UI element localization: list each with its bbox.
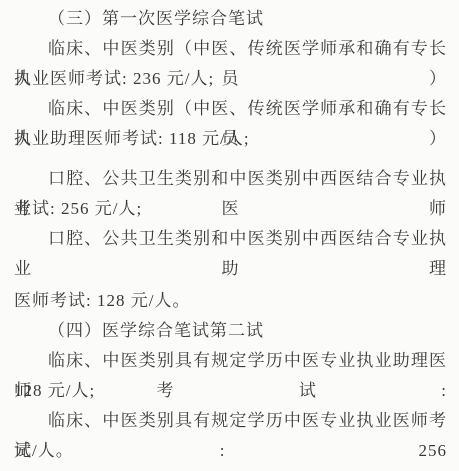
- clinical-tcm-category-line-b: 临床、中医类别（中医、传统医学师承和确有专长人员）: [14, 94, 447, 124]
- physician-exam-fee-128: 医师考试: 128 元/人。: [14, 286, 447, 316]
- stomatology-category-line-b: 口腔、公共卫生类别和中医类别中西医结合专业执业助理: [14, 224, 447, 254]
- section-3-heading: （三）第一次医学综合笔试: [14, 4, 447, 34]
- document-page: （三）第一次医学综合笔试 临床、中医类别（中医、传统医学师承和确有专长人员） 执…: [0, 0, 459, 471]
- stomatology-category-line-a: 口腔、公共卫生类别和中医类别中西医结合专业执业医师: [14, 164, 447, 194]
- second-exam-practicing-line: 临床、中医类别具有规定学历中医专业执业医师考试: 256: [14, 406, 447, 436]
- clinical-tcm-category-line-a: 临床、中医类别（中医、传统医学师承和确有专长人员）: [14, 34, 447, 64]
- section-4-heading: （四）医学综合笔试第二试: [14, 316, 447, 346]
- second-exam-assistant-line: 临床、中医类别具有规定学历中医专业执业助理医师考试:: [14, 346, 447, 376]
